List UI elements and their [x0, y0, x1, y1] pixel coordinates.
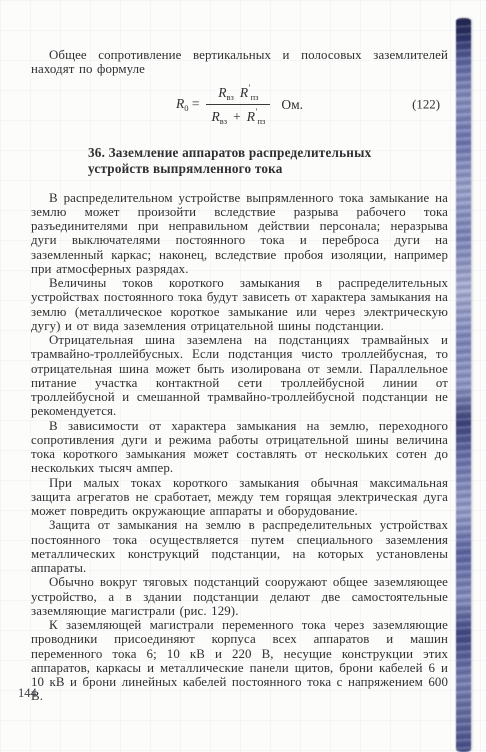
num-left-sub: вз	[227, 92, 234, 102]
body-paragraph: В зависимости от характера замыкания на …	[31, 419, 448, 476]
formula-equals: =	[192, 96, 200, 111]
den-left-sub: вз	[220, 116, 227, 126]
num-right-base: R	[240, 85, 248, 100]
page-content: Общее сопротивление вертикальных и полос…	[31, 48, 448, 704]
formula-numerator: RвзR′пз	[206, 83, 270, 105]
section-heading-line1: 36. Заземление аппаратов распределительн…	[88, 145, 448, 162]
denominator-term-2: R′пз	[247, 109, 266, 124]
body-paragraph: Обычно вокруг тяговых подстанций сооружа…	[31, 575, 448, 618]
numerator-term-2: R′пз	[240, 85, 259, 100]
body-paragraph: Защита от замыкания на землю в распредел…	[31, 518, 448, 575]
num-left-base: R	[218, 85, 226, 100]
formula-fraction: RвзR′пз Rвз+R′пз	[206, 83, 270, 126]
page-number: 144	[18, 686, 37, 701]
formula-r0-sub: 0	[184, 103, 188, 113]
den-right-base: R	[247, 109, 255, 124]
intro-paragraph: Общее сопротивление вертикальных и полос…	[31, 48, 448, 77]
body-paragraph: В распределительном устройстве выпрямлен…	[31, 191, 448, 277]
body-paragraph: При малых токах короткого замыкания обыч…	[31, 476, 448, 519]
body-paragraph: К заземляющей магистрали переменного ток…	[31, 618, 448, 704]
den-left-base: R	[211, 109, 219, 124]
body-paragraph: Величины токов короткого замыкания в рас…	[31, 276, 448, 333]
formula-lhs: R0 =	[176, 96, 200, 113]
section-heading: 36. Заземление аппаратов распределительн…	[88, 145, 448, 178]
denominator-plus: +	[233, 109, 241, 124]
formula-r0: R	[176, 96, 184, 111]
den-right-sub: пз	[257, 116, 265, 126]
book-edge-strip	[456, 18, 471, 752]
numerator-term-1: Rвз	[218, 85, 234, 100]
denominator-term-1: Rвз	[211, 109, 227, 124]
formula-unit: Ом.	[281, 97, 303, 113]
body-paragraph: Отрицательная шина заземлена на подстанц…	[31, 333, 448, 419]
equation-number: (122)	[412, 97, 440, 112]
num-right-sub: пз	[251, 92, 259, 102]
formula-denominator: Rвз+R′пз	[206, 105, 270, 126]
section-heading-line2: устройств выпрямленного тока	[88, 161, 448, 178]
formula: R0 = RвзR′пз Rвз+R′пз Ом. (122)	[31, 79, 448, 131]
